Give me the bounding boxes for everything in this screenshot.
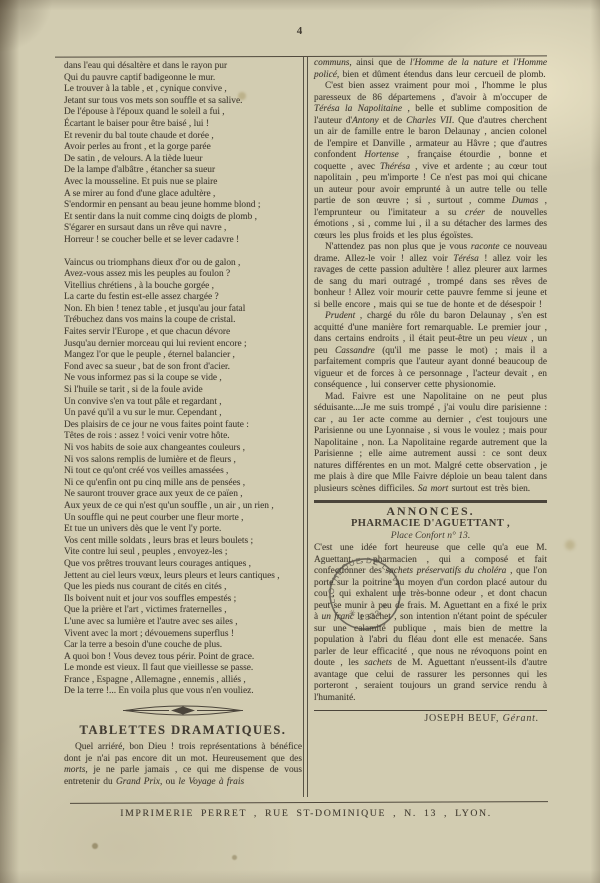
poem-line: Horreur ! se coucher belle et se lever c… [64, 235, 302, 247]
article-paragraph: C'est bien assez vraiment pour moi , l'h… [314, 81, 547, 242]
poem-line: De l'épouse à l'époux quand le soleil a … [64, 107, 302, 119]
poem-line: Vitellius chrétiens , à la bouche gorgée… [64, 281, 302, 293]
poem-line: Le trouver à la table , et , cynique con… [64, 84, 302, 96]
poem-line: Que vos prêtres trouvant leurs courages … [64, 559, 302, 571]
poem-line: A se mirer au fond d'une glace adultère … [64, 189, 302, 201]
newspaper-page: 4 dans l'eau qui désaltère et dans le ra… [0, 0, 600, 883]
signature: JOSEPH BEUF, Gérant. [314, 713, 547, 725]
poem-line: Ils boivent nuit et jour vos souffles em… [64, 594, 302, 606]
poem-line: Têtes de rois : assez ! voici venir votr… [64, 431, 302, 443]
poem-line: Fond avec sa sueur , bat de son front d'… [64, 362, 302, 374]
annonces-title: ANNONCES. [314, 506, 547, 518]
poem-line: Un convive s'en va tout pâle et regardan… [64, 397, 302, 409]
poem-line: Et revenir du bal toute chaude et dorée … [64, 131, 302, 143]
poem-line: Avez-vous assez mis les peuples au foulo… [64, 269, 302, 281]
poem-line: dans l'eau qui désaltère et dans le rayo… [64, 61, 302, 73]
poem-line: Ni tout ce qu'ont créé vos veilles amass… [64, 466, 302, 478]
annonces-top-rule [314, 500, 547, 503]
poem-line: Vos cent mille soldats , leurs bras et l… [64, 536, 302, 548]
poem-line: Ne sauront trouver grace aux yeux de ce … [64, 489, 302, 501]
poem-line: S'égarer en sursaut dans un rêve qui nav… [64, 223, 302, 235]
poem-line: Trébuchez dans vos mains la coupe de cri… [64, 315, 302, 327]
poem-line: Car la terre a besoin d'une couche de pl… [64, 640, 302, 652]
poem-line: Ni vos salons remplis de lumière et de f… [64, 455, 302, 467]
poem-line: Et sentir dans la nuit comme cinq doigts… [64, 212, 302, 224]
column-divider-rule [303, 57, 308, 797]
poem-line: De la terre !... En voila plus que vous … [64, 686, 302, 698]
signature-rule [314, 710, 547, 711]
poem-stanza-1: dans l'eau qui désaltère et dans le rayo… [64, 61, 302, 247]
article-paragraph: Prudent , chargé du rôle du baron Delaun… [314, 311, 547, 392]
poem-line: Avoir perles au front , et la gorge paré… [64, 142, 302, 154]
poem-line: Qui du pauvre captif badigeonne le mur. [64, 73, 302, 85]
left-column: dans l'eau qui désaltère et dans le rayo… [64, 61, 302, 788]
poem-line: Jusqu'au dernier morceau qui lui revient… [64, 339, 302, 351]
poem-line: Des plaisirs de ce jour ne vous faites p… [64, 420, 302, 432]
tablettes-paragraph: Quel arriéré, bon Dieu ! trois représent… [64, 742, 302, 788]
article-paragraph: communs, ainsi que de l'Homme de la natu… [314, 58, 547, 81]
imprint-line: IMPRIMERIE PERRET , RUE ST-DOMINIQUE , N… [0, 808, 600, 819]
poem-line: S'endormir en pensant au beau jeune homm… [64, 200, 302, 212]
poem-line: A quoi bon ! Vous devez tous périr. Poin… [64, 652, 302, 664]
poem-line: Si l'huile se tarit , si de la foule avi… [64, 385, 302, 397]
poem-line: Faites servir l'Europe , et que chacun d… [64, 327, 302, 339]
poem-line: Et tue un univers dès que le vent l'y po… [64, 524, 302, 536]
annonce-heading: PHARMACIE D'AGUETTANT , [314, 518, 547, 530]
article-paragraph: Mad. Faivre est une Napolitaine on ne pe… [314, 392, 547, 496]
poem-line: Mangez l'or que le peuple , éternel bala… [64, 350, 302, 362]
stamp-year-text: ✳ 1833 ✳ [345, 598, 394, 627]
poem-line: Ni vos habits de soie aux changeantes co… [64, 443, 302, 455]
poem-line: De satin , de velours. A la tiède lueur [64, 154, 302, 166]
article-paragraph: N'attendez pas non plus que je vous raco… [314, 242, 547, 311]
poem-line: Écartant le baiser pour être baisé , lui… [64, 119, 302, 131]
annonce-address: Place Confort n° 13. [314, 530, 547, 542]
poem-line: La carte du festin est-elle assez chargé… [64, 292, 302, 304]
poem-line: Ne vous informez pas si la coupe se vide… [64, 373, 302, 385]
footer-rule [70, 801, 548, 804]
poem-line: Avec la mousseline. Et puis nue se plair… [64, 177, 302, 189]
tablettes-title: TABLETTES DRAMATIQUES. [64, 725, 302, 737]
poem-line: Le monde est vieux. Il faut que vieilles… [64, 663, 302, 675]
paper-stain [232, 855, 237, 860]
poem-line: Vaincus ou triomphans dieux d'or ou de g… [64, 258, 302, 270]
poem-line: Vivent avec la mort ; dévouemens superfl… [64, 629, 302, 641]
poem-line: L'une avec sa lumière et l'autre avec se… [64, 617, 302, 629]
poem-line: Jetant sur tous vos mets son souffle et … [64, 96, 302, 108]
poem-line: Un souffle qui ne peut courber une fleur… [64, 513, 302, 525]
poem-line: De la lampe d'albâtre , étancher sa sueu… [64, 165, 302, 177]
poem-line: Aux yeux de ce qui n'est qu'un souffle ,… [64, 501, 302, 513]
poem-line: Non. Eh bien ! tenez table , et jusqu'au… [64, 304, 302, 316]
poem-line: Jettent au ciel leurs vœux, leurs pleurs… [64, 571, 302, 583]
poem-line: France , Espagne , Allemagne , ennemis ,… [64, 675, 302, 687]
paper-stain [92, 843, 98, 849]
poem-line: Vite contre lui seul , peuples , envoyez… [64, 547, 302, 559]
poem-stanza-2: Vaincus ou triomphans dieux d'or ou de g… [64, 258, 302, 699]
poem-line: Ni ce qu'enfin ont pu cinq mille ans de … [64, 478, 302, 490]
poem-line: Que la prière et l'art , victimes frater… [64, 605, 302, 617]
section-divider-ornament [64, 705, 302, 721]
fleuron-icon [123, 705, 243, 716]
poem-line: Que les pieds nus courant de cités en ci… [64, 582, 302, 594]
svg-text:✳ 1833 ✳: ✳ 1833 ✳ [345, 598, 394, 627]
paper-stain [565, 540, 575, 550]
poem-line: Un pavé qu'il a vu sur le mur. Cependant… [64, 408, 302, 420]
page-number: 4 [0, 25, 600, 37]
